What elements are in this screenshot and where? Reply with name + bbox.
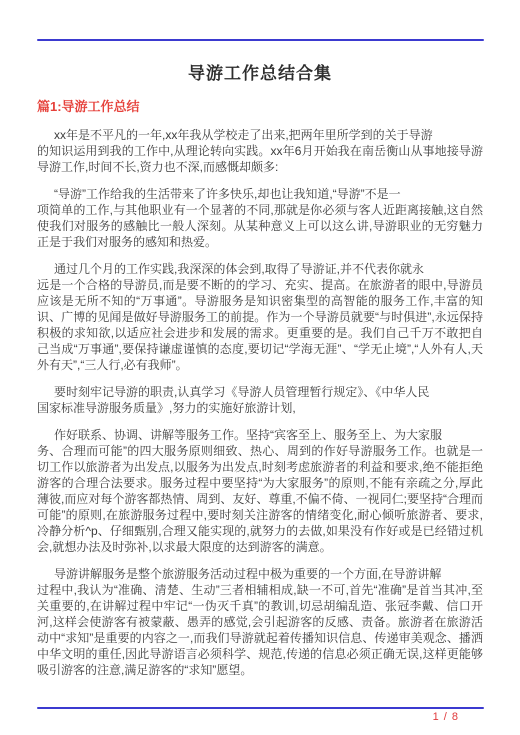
- document-body: xx年是不平凡的一年,xx年我从学校走了出来,把两年里所学到的关于导游 的知识运…: [37, 127, 483, 678]
- document-page: 导游工作总结合集 篇1:导游工作总结 xx年是不平凡的一年,xx年我从学校走了出…: [0, 0, 520, 735]
- header-rule: [37, 39, 484, 41]
- paragraph: 通过几个月的工作实践,我深深的体会到,取得了导游证,并不代表你就永 远是一个合格…: [37, 261, 483, 373]
- page-indicator: 1 / 8: [433, 711, 459, 724]
- document-title: 导游工作总结合集: [37, 63, 483, 85]
- footer-rule: [37, 707, 484, 709]
- paragraph: “导游”工作给我的生活带来了许多快乐,却也让我知道,“导游”不是一 项简单的工作…: [37, 186, 483, 250]
- paragraph: 作好联系、协调、讲解等服务工作。坚持“宾客至上、服务至上、为大家服 务、合理而可…: [37, 427, 483, 555]
- paragraph: 导游讲解服务是整个旅游服务活动过程中极为重要的一个方面,在导游讲解 过程中,我认…: [37, 566, 483, 678]
- document-content: 导游工作总结合集 篇1:导游工作总结 xx年是不平凡的一年,xx年我从学校走了出…: [37, 63, 483, 689]
- paragraph: xx年是不平凡的一年,xx年我从学校走了出来,把两年里所学到的关于导游 的知识运…: [37, 127, 483, 175]
- section-heading: 篇1:导游工作总结: [37, 98, 483, 115]
- paragraph: 要时刻牢记导游的职责,认真学习《导游人员管理暂行规定》、《中华人民 国家标准导游…: [37, 384, 483, 416]
